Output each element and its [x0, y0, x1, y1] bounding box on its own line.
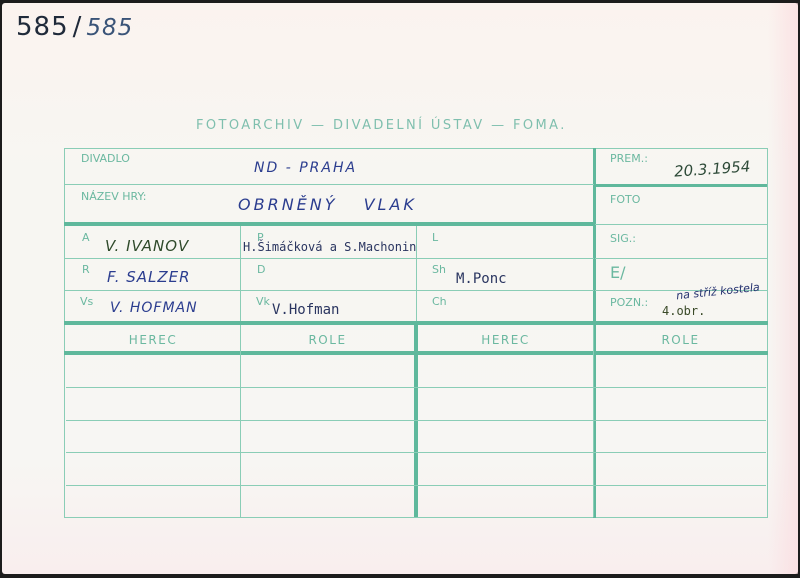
archive-number-secondary: 585 [86, 15, 133, 41]
divadlo-line [64, 184, 594, 185]
credits-row2-line [64, 290, 594, 291]
foto-line [595, 224, 767, 225]
cast-row-line [66, 452, 766, 453]
cast-row-line [66, 485, 766, 486]
card-title: FOTOARCHIV — DIVADELNÍ ÚSTAV — FOMA. [196, 118, 567, 133]
frame-bottom-line [64, 517, 768, 518]
credit-vs-value: V. HOFMAN [110, 300, 198, 316]
credits-row1-line [64, 258, 594, 259]
credit-p-value: H.Šimáčková a S.Machonin [243, 240, 416, 254]
credit-a-label: A [82, 231, 90, 244]
credit-a-value: V. IVANOV [105, 237, 189, 255]
prem-label: PREM.: [610, 152, 648, 165]
cast-row-line [66, 420, 766, 421]
nazev-hry-value: OBRNĚNÝ VLAK [238, 195, 417, 214]
e-label: E/ [610, 263, 626, 282]
cast-col-header-2: ROLE [241, 333, 414, 347]
credit-vs-label: Vs [80, 295, 93, 308]
credits-top-line [64, 222, 594, 226]
divadlo-value: ND - PRAHA [254, 160, 357, 176]
frame-left-line [64, 148, 65, 518]
cast-col1-line [240, 325, 241, 517]
credit-d-label: D [257, 263, 265, 276]
credit-r-label: R [82, 263, 90, 276]
prem-line [595, 184, 767, 187]
pozn-value-line2: 4.obr. [662, 304, 705, 318]
credit-l-label: L [432, 231, 438, 244]
credit-r-value: F. SALZER [107, 268, 191, 286]
sig-line [595, 258, 767, 259]
credit-ch-label: Ch [432, 295, 447, 308]
cast-row-line [66, 387, 766, 388]
cast-col3-line [593, 325, 594, 517]
credit-vk-value: V.Hofman [272, 302, 339, 318]
nazev-hry-label: NÁZEV HRY: [81, 190, 146, 203]
frame-top-line [64, 148, 768, 149]
divadlo-label: DIVADLO [81, 152, 130, 165]
cast-col-header-3: HEREC [418, 333, 593, 347]
pozn-label: POZN.: [610, 296, 648, 309]
credit-sh-label: Sh [432, 263, 446, 276]
archive-number-primary: 585 [16, 12, 69, 42]
archive-number: 585/585 [16, 12, 133, 42]
credit-sh-value: M.Ponc [456, 271, 507, 287]
cast-col-header-1: HEREC [66, 333, 240, 347]
archive-number-separator: / [73, 12, 83, 42]
foto-label: FOTO [610, 193, 640, 206]
cast-col-header-4: ROLE [594, 333, 767, 347]
frame-right-line [767, 148, 768, 518]
sig-label: SIG.: [610, 232, 636, 245]
credits-col1-line [240, 226, 241, 322]
cast-col2-line [414, 325, 418, 517]
credit-vk-label: Vk [256, 295, 270, 308]
card-edge-tint [768, 3, 798, 574]
